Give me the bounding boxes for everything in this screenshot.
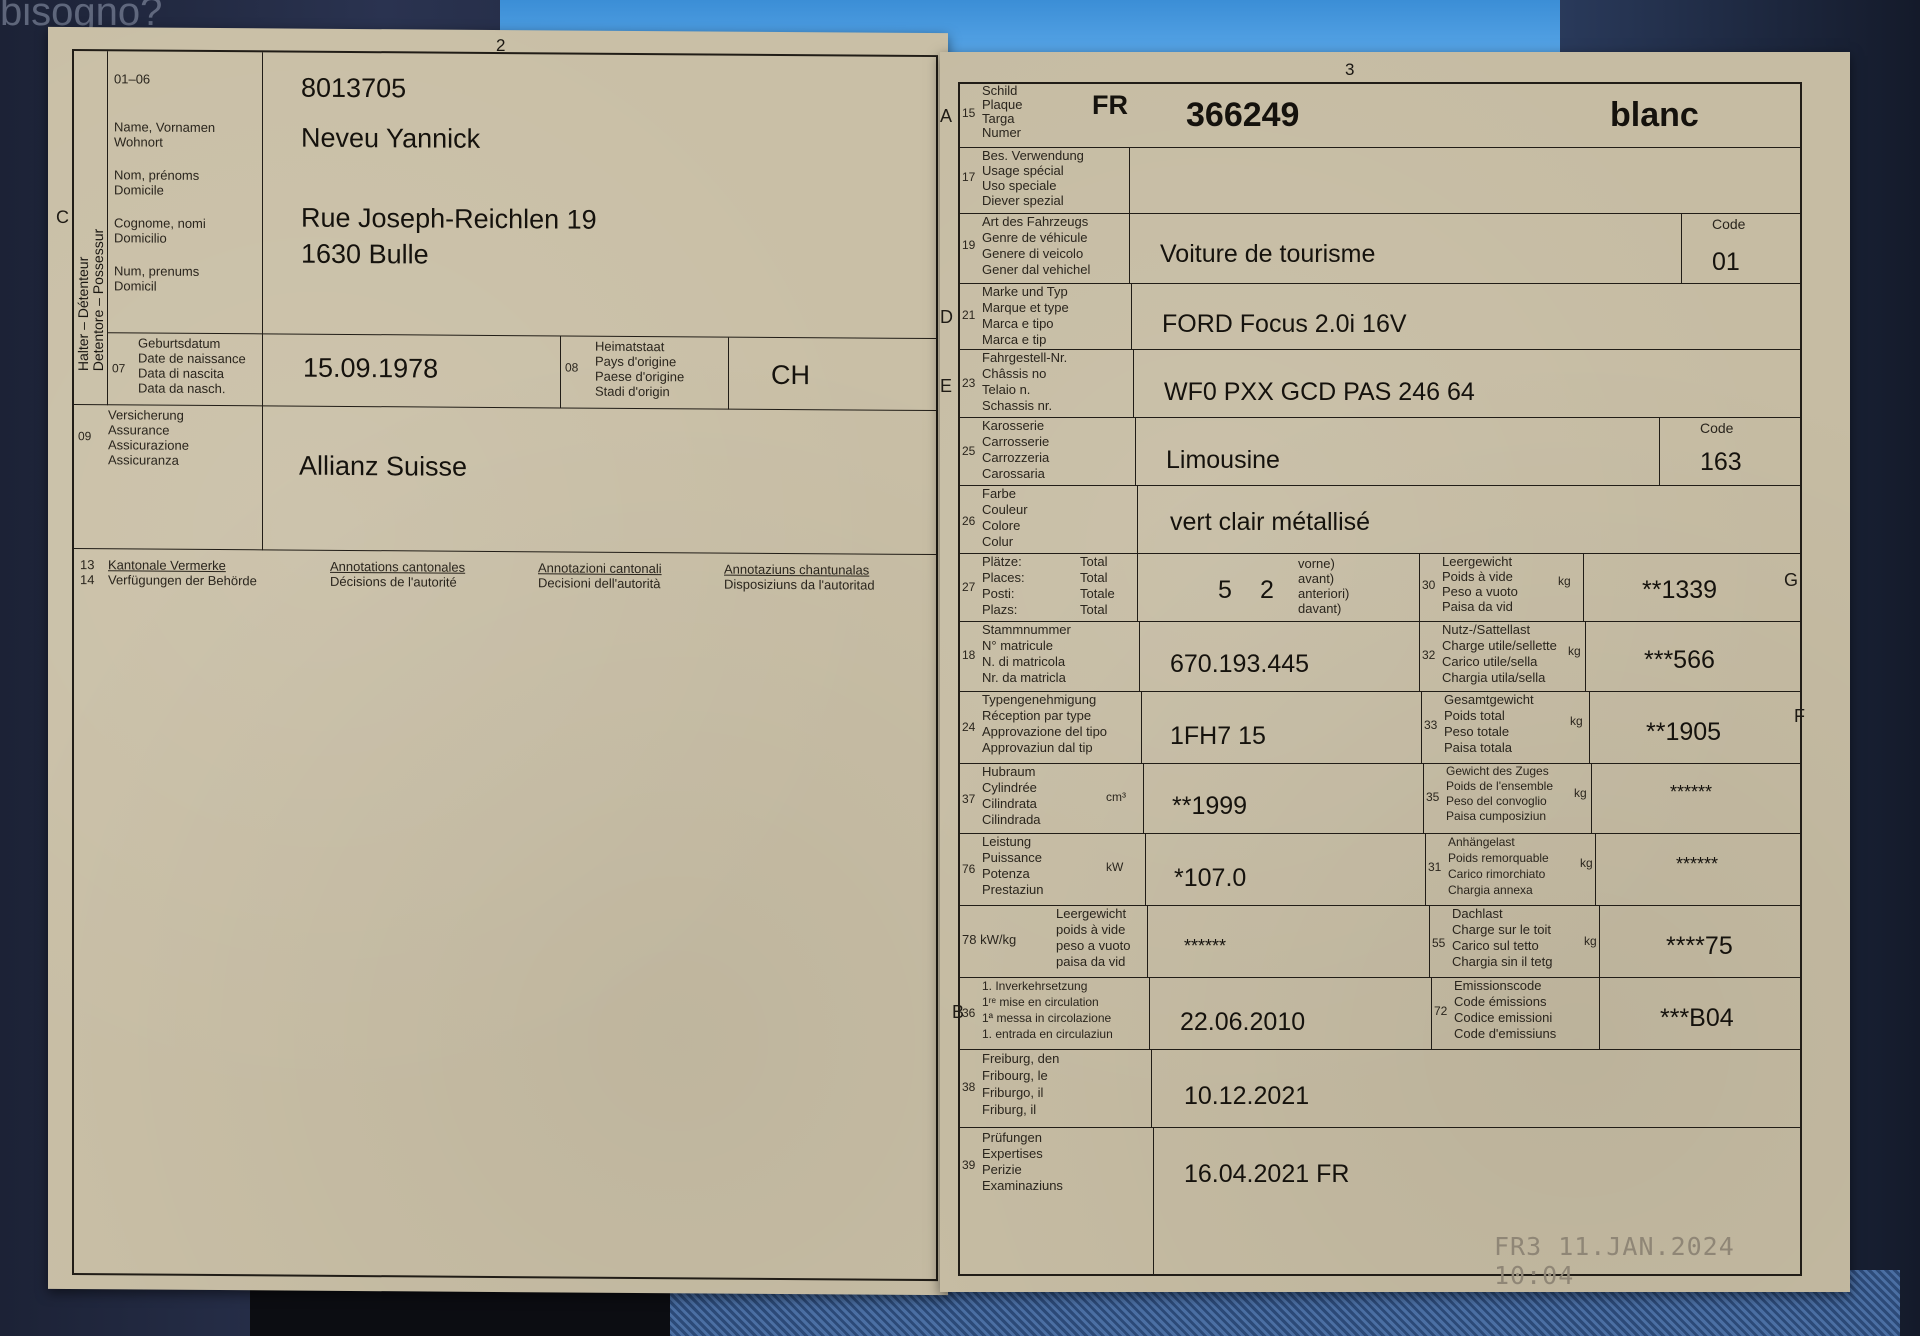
section-letter-e: E	[940, 376, 952, 397]
payload-value-cell: ***566	[1586, 622, 1800, 692]
make-model-value-cell: FORD Focus 2.0i 16V	[1132, 284, 1800, 350]
section-letter-c: C	[56, 207, 69, 228]
roof-load: ****75	[1666, 932, 1733, 961]
left-form-frame: Halter – DétenteurDetentore – Possessur …	[72, 49, 938, 1281]
body-value-cell: Limousine	[1136, 418, 1660, 486]
matricule-value-cell: 670.193.445	[1140, 622, 1420, 692]
total-weight-value-cell: **1905	[1590, 692, 1800, 764]
combination-weight-label: 35 Gewicht des ZugesPoids de l'ensembleP…	[1424, 764, 1592, 834]
make-model: FORD Focus 2.0i 16V	[1162, 310, 1407, 339]
trailer-load: ******	[1676, 854, 1718, 875]
issue-value-cell: 10.12.2021	[1152, 1050, 1800, 1128]
chassis-number: WF0 PXX GCD PAS 246 64	[1164, 378, 1475, 407]
body-code: 163	[1700, 448, 1742, 477]
holder-id-number: 8013705	[301, 73, 406, 105]
first-registration-label: 36 1. Inverkehrsetzung1ʳᵉ mise en circul…	[960, 978, 1150, 1050]
insurance-company: Allianz Suisse	[299, 451, 467, 483]
seats-label: 27 Plätze:Places:Posti:Plazs: TotalTotal…	[960, 554, 1138, 622]
roof-load-value-cell: ****75	[1600, 906, 1800, 978]
payload: ***566	[1644, 646, 1715, 675]
right-form-frame: 15 SchildPlaque TargaNumer FR 366249 bla…	[958, 82, 1802, 1276]
plate-color: blanc	[1610, 96, 1699, 135]
displacement-label: 37 HubraumCylindréeCilindrataCilindrada …	[960, 764, 1144, 834]
insurance-label-cell: 09 VersicherungAssurance AssicurazioneAs…	[74, 405, 263, 550]
empty-weight-value-cell: **1339	[1584, 554, 1800, 622]
emission-code: ***B04	[1660, 1004, 1734, 1033]
first-registration-date: 22.06.2010	[1180, 1008, 1305, 1037]
make-model-label: 21 Marke und TypMarque et typeMarca e ti…	[960, 284, 1132, 350]
vehicle-type-label: 19 Art des FahrzeugsGenre de véhiculeGen…	[960, 214, 1130, 284]
holder-name: Neveu Yannick	[301, 123, 480, 155]
combination-weight: ******	[1670, 782, 1712, 803]
vehicle-color: vert clair métallisé	[1170, 508, 1370, 537]
chassis-value-cell: WF0 PXX GCD PAS 246 64	[1134, 350, 1800, 418]
origin-value-cell: CH	[729, 338, 936, 411]
holder-vertical-cell: Halter – DétenteurDetentore – Possessur	[74, 51, 108, 405]
chassis-label: 23 Fahrgestell-Nr.Châssis noTelaio n.Sch…	[960, 350, 1134, 418]
birth-value-cell: 15.09.1978	[263, 334, 561, 408]
country-of-origin: CH	[771, 360, 810, 391]
trailer-load-label: 31 AnhängelastPoids remorquableCarico ri…	[1426, 834, 1596, 906]
total-weight: **1905	[1646, 718, 1721, 747]
power: *107.0	[1174, 864, 1246, 893]
vehicle-type-value-cell: Voiture de tourisme	[1130, 214, 1682, 284]
roof-load-label: 55 DachlastCharge sur le toitCarico sul …	[1430, 906, 1600, 978]
power-weight-value-cell: ******	[1148, 906, 1430, 978]
seats-front: 2	[1260, 576, 1274, 605]
inspection-label: 39 PrüfungenExpertisesPerizieExaminaziun…	[960, 1128, 1154, 1274]
date-stamp: FR3 11.JAN.2024 10:04	[1494, 1232, 1800, 1290]
type-approval-label: 24 TypengenehmigungRéception par typeApp…	[960, 692, 1142, 764]
insurance-value-cell: Allianz Suisse	[263, 406, 936, 555]
body-type: Limousine	[1166, 446, 1280, 475]
type-approval: 1FH7 15	[1170, 722, 1266, 751]
power-value-cell: *107.0	[1146, 834, 1426, 906]
birth-label-cell: 07 GeburtsdatumDate de naissance Data di…	[108, 333, 263, 406]
body-code-cell: Code 163	[1660, 418, 1800, 486]
holder-street: Rue Joseph-Reichlen 19	[301, 203, 597, 236]
special-use-value	[1130, 148, 1800, 214]
matricule-number: 670.193.445	[1170, 650, 1309, 679]
plate-row: 15 SchildPlaque TargaNumer FR 366249 bla…	[960, 84, 1800, 148]
section-letter-a: A	[940, 106, 952, 127]
vehicle-type-code-cell: Code 01	[1682, 214, 1800, 284]
holder-city: 1630 Bulle	[301, 239, 429, 271]
color-value-cell: vert clair métallisé	[1138, 486, 1800, 554]
combination-weight-value-cell: ******	[1592, 764, 1800, 834]
power-weight-label: 78 kW/kg Leergewichtpoids à videpeso a v…	[960, 906, 1148, 978]
origin-label-cell: 08 HeimatstaatPays d'origine Paese d'ori…	[561, 336, 729, 409]
left-page: 2 C Halter – DétenteurDetentore – Posses…	[48, 27, 948, 1295]
power-weight: ******	[1184, 936, 1226, 957]
holder-labels-cell: 01–06 Name, VornamenWohnort Nom, prénoms…	[108, 51, 263, 334]
section-letter-d: D	[940, 307, 953, 328]
power-label: 76 LeistungPuissancePotenzaPrestaziun kW	[960, 834, 1146, 906]
vehicle-type-code: 01	[1712, 248, 1740, 277]
total-weight-label: 33 GesamtgewichtPoids totalPeso totalePa…	[1422, 692, 1590, 764]
special-use-label: 17 Bes. VerwendungUsage spécialUso speci…	[960, 148, 1130, 214]
trailer-load-value-cell: ******	[1596, 834, 1800, 906]
first-registration-value-cell: 22.06.2010	[1150, 978, 1432, 1050]
seats-value-cell: 5 2 vorne)avant)anteriori)davant)	[1138, 554, 1420, 622]
displacement-value-cell: **1999	[1144, 764, 1424, 834]
color-label: 26 FarbeCouleurColoreColur	[960, 486, 1138, 554]
emission-code-label: 72 EmissionscodeCode émissionsCodice emi…	[1432, 978, 1600, 1050]
matricule-label: 18 StammnummerN° matriculeN. di matricol…	[960, 622, 1140, 692]
body-label: 25 KarosserieCarrosserieCarrozzeriaCaros…	[960, 418, 1136, 486]
holder-vertical-label: Halter – DétenteurDetentore – Possessur	[76, 111, 106, 371]
issue-date: 10.12.2021	[1184, 1082, 1309, 1111]
right-page: 3 A D E B G F 15 SchildPlaque TargaNumer…	[940, 52, 1850, 1292]
seats-total: 5	[1218, 576, 1232, 605]
empty-weight-label: 30 LeergewichtPoids à videPeso a vuotoPa…	[1420, 554, 1584, 622]
holder-values-cell: 8013705 Neveu Yannick Rue Joseph-Reichle…	[263, 52, 936, 339]
plate-canton: FR	[1092, 90, 1128, 121]
emission-code-value-cell: ***B04	[1600, 978, 1800, 1050]
issue-label: 38 Freiburg, denFribourg, leFriburgo, il…	[960, 1050, 1152, 1128]
type-approval-value-cell: 1FH7 15	[1142, 692, 1422, 764]
vehicle-type: Voiture de tourisme	[1160, 240, 1375, 269]
payload-label: 32 Nutz-/SattellastCharge utile/sellette…	[1420, 622, 1586, 692]
inspection-value-cell: 16.04.2021 FR FR3 11.JAN.2024 10:04	[1154, 1128, 1800, 1274]
plate-number: 366249	[1186, 96, 1299, 135]
annotations-header: 1314 Kantonale VermerkeVerfügungen der B…	[80, 557, 930, 563]
displacement: **1999	[1172, 792, 1247, 821]
page-number: 3	[1345, 60, 1354, 80]
inspection-date: 16.04.2021 FR	[1184, 1160, 1349, 1189]
holder-code: 01–06	[114, 71, 150, 86]
birth-date: 15.09.1978	[303, 353, 438, 385]
empty-weight: **1339	[1642, 576, 1717, 605]
